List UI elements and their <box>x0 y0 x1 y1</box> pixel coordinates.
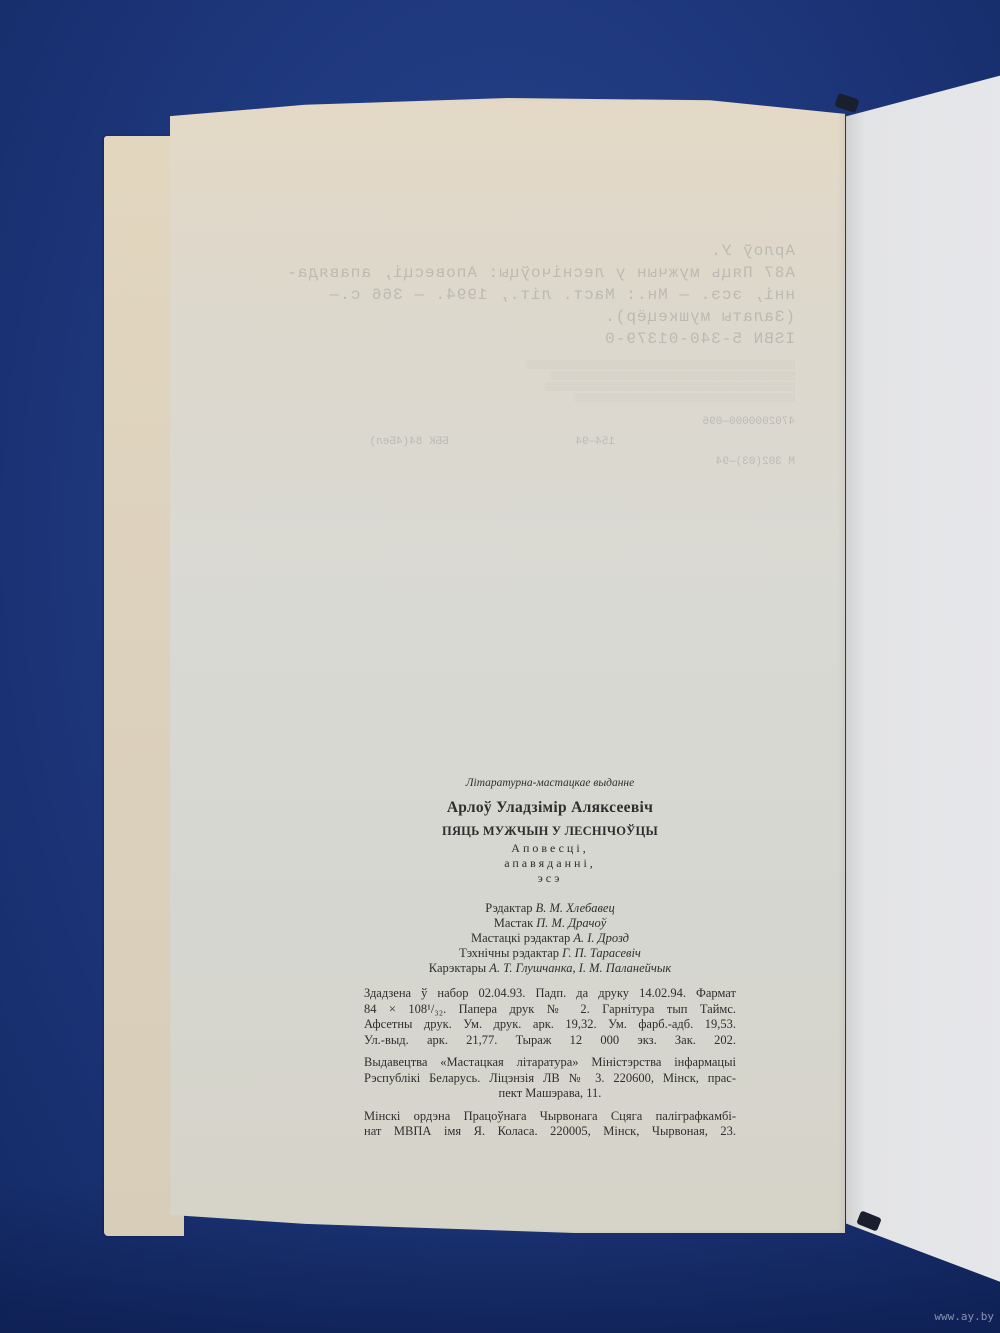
bleed-line: А87 Пяць мужчын у леснічоўцы: Аповесці, … <box>255 262 795 284</box>
bleed-code: 154—94 <box>575 436 615 448</box>
bleed-line: нні, эсэ. — Мн.: Маст. літ., 1994. — 366… <box>255 284 795 306</box>
credit-line: Рэдактар В. М. Хлебавец <box>364 901 736 916</box>
credit-line: Мастацкі рэдактар А. І. Дрозд <box>364 931 736 946</box>
credit-role: Мастацкі рэдактар <box>471 931 570 945</box>
bleed-code: М 302(03)—94 <box>716 456 795 468</box>
watermark: www.ay.by <box>934 1310 994 1323</box>
credit-line: Карэктары А. Т. Глушчанка, І. М. Паланей… <box>364 961 736 976</box>
book-title: ПЯЦЬ МУЖЧЫН У ЛЕСНІЧОЎЦЫ <box>364 821 736 841</box>
bleed-line: (Залаты мушкецёр). <box>255 306 795 328</box>
printer-line: Мінскі ордэна Працоўнага Чырвонага Сцяга… <box>364 1109 736 1125</box>
credit-name: А. І. Дрозд <box>573 931 629 945</box>
credit-name: П. М. Драчоў <box>536 916 606 930</box>
bleed-code: ББК 84(4Бел) <box>370 436 449 448</box>
colophon-imprint: Літаратурна-мастацкае выданне Арлоў Улад… <box>364 775 736 1140</box>
facing-page <box>846 74 1000 1284</box>
credit-role: Тэхнічны рэдактар <box>459 946 559 960</box>
genre-line: Аповесці, <box>364 841 736 856</box>
credit-name: В. М. Хлебавец <box>536 901 615 915</box>
credit-line: Мастак П. М. Драчоў <box>364 916 736 931</box>
bleed-small-text: ░░░░░░░░░░░░░░░░░░░░░░░░░░░░░░░░░░░░░░░░… <box>255 360 795 404</box>
publisher-details: Выдавецтва «Мастацкая літаратура» Мініст… <box>364 1055 736 1102</box>
printer-line: нат МВПА імя Я. Коласа. 220005, Мінск, Ч… <box>364 1124 736 1140</box>
credit-name: Г. П. Тарасевіч <box>562 946 641 960</box>
credit-name: А. Т. Глушчанка, І. М. Паланейчык <box>489 961 671 975</box>
bleed-line: Арлоў У. <box>255 240 795 262</box>
bleed-codes: 4702000000—096 154—94 ББК 84(4Бел) М 302… <box>255 412 795 472</box>
credit-role: Карэктары <box>429 961 486 975</box>
technical-details: Здадзена ў набор 02.04.93. Падп. да друк… <box>364 986 736 1048</box>
credit-role: Рэдактар <box>485 901 532 915</box>
publisher-line: Выдавецтва «Мастацкая літаратура» Мініст… <box>364 1055 736 1071</box>
credits-list: Рэдактар В. М. Хлебавец Мастак П. М. Дра… <box>364 901 736 976</box>
binding-corner-top <box>834 93 859 113</box>
credit-line: Тэхнічны рэдактар Г. П. Тарасевіч <box>364 946 736 961</box>
tech-line: Здадзена ў набор 02.04.93. Падп. да друк… <box>364 986 736 1002</box>
genre-line: эсэ <box>364 871 736 886</box>
genre-line: апавяданні, <box>364 856 736 871</box>
tech-line: Ул.-выд. арк. 21,77. Тыраж 12 000 экз. З… <box>364 1033 736 1049</box>
author-name: Арлоў Уладзімір Аляксеевіч <box>364 796 736 820</box>
bleed-through-text: Арлоў У. А87 Пяць мужчын у леснічоўцы: А… <box>255 240 795 472</box>
publisher-line: пект Машэрава, 11. <box>364 1086 736 1102</box>
tech-line: Афсетны друк. Ум. друк. арк. 19,32. Ум. … <box>364 1017 736 1033</box>
printer-details: Мінскі ордэна Працоўнага Чырвонага Сцяга… <box>364 1109 736 1140</box>
bleed-line: ISBN 5-340-01379-0 <box>255 328 795 350</box>
publisher-line: Рэспублікі Беларусь. Ліцэнзія ЛВ № 3. 22… <box>364 1071 736 1087</box>
series-label: Літаратурна-мастацкае выданне <box>364 775 736 791</box>
tech-line: 84 × 108¹/₃₂. Папера друк № 2. Гарнітура… <box>364 1002 736 1018</box>
credit-role: Мастак <box>494 916 533 930</box>
bleed-code: 4702000000—096 <box>703 416 795 428</box>
